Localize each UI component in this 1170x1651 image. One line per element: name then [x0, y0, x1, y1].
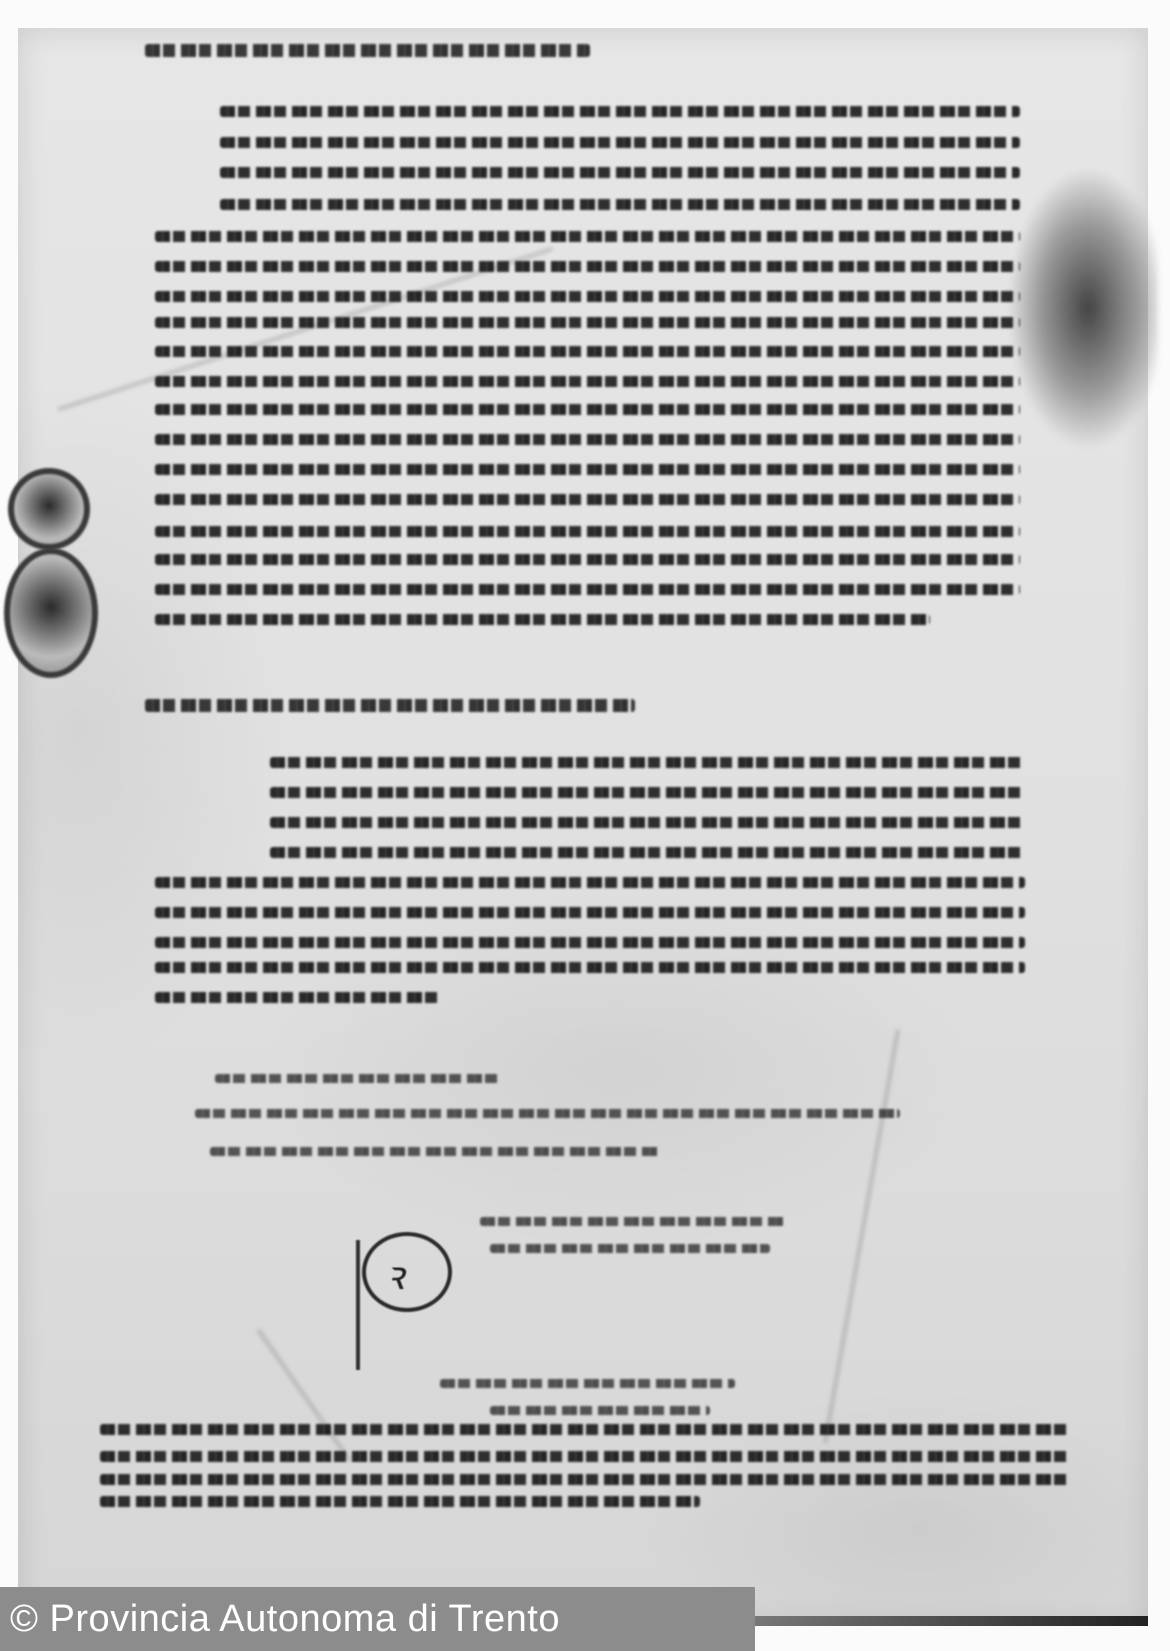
handwritten-line — [155, 494, 1020, 505]
handwritten-line — [480, 1217, 785, 1226]
handwritten-line — [270, 817, 1025, 828]
handwritten-line — [490, 1244, 770, 1253]
handwritten-line — [195, 1109, 900, 1118]
handwritten-line — [155, 937, 1025, 948]
handwritten-line — [155, 877, 1025, 888]
handwritten-line — [490, 1406, 710, 1415]
handwritten-line — [155, 554, 1020, 565]
handwritten-line — [155, 907, 1025, 918]
handwritten-line — [210, 1147, 660, 1156]
fold-crease — [257, 1329, 351, 1462]
handwritten-line — [220, 106, 1020, 117]
handwritten-line — [155, 261, 1020, 272]
copyright-watermark: © Provincia Autonoma di Trento — [0, 1587, 755, 1651]
handwritten-line — [155, 376, 1020, 387]
copyright-text: © Provincia Autonoma di Trento — [0, 1598, 560, 1641]
handwritten-line — [220, 167, 1020, 178]
handwritten-line — [145, 699, 635, 712]
handwritten-line — [155, 464, 1020, 475]
handwritten-line — [220, 199, 1020, 210]
handwritten-line — [155, 404, 1020, 415]
handwritten-line — [270, 847, 1025, 858]
handwritten-line — [220, 137, 1020, 148]
handwritten-line — [155, 584, 1020, 595]
handwritten-line — [100, 1424, 1070, 1435]
handwritten-line — [155, 231, 1020, 242]
handwritten-line — [155, 614, 930, 625]
handwritten-line — [155, 526, 1020, 537]
fold-crease — [824, 1029, 900, 1443]
handwritten-line — [100, 1451, 1070, 1462]
handwritten-line — [100, 1474, 1070, 1485]
handwritten-line — [145, 44, 590, 57]
notary-mark-glyph: ꝛ — [385, 1246, 404, 1301]
handwritten-line — [155, 346, 1020, 357]
handwritten-line — [440, 1379, 735, 1388]
handwritten-line — [155, 992, 440, 1003]
handwritten-line — [155, 434, 1020, 445]
handwritten-line — [155, 962, 1025, 973]
handwritten-line — [270, 757, 1025, 768]
handwritten-line — [270, 787, 1025, 798]
handwritten-line — [215, 1074, 500, 1083]
wax-seal-lower — [4, 548, 98, 678]
handwritten-line — [155, 291, 1020, 302]
notary-mark-stem — [356, 1240, 360, 1370]
notary-mark — [362, 1232, 452, 1312]
handwritten-line — [100, 1496, 700, 1507]
handwritten-line — [155, 317, 1020, 328]
wax-seal-upper — [8, 468, 90, 550]
